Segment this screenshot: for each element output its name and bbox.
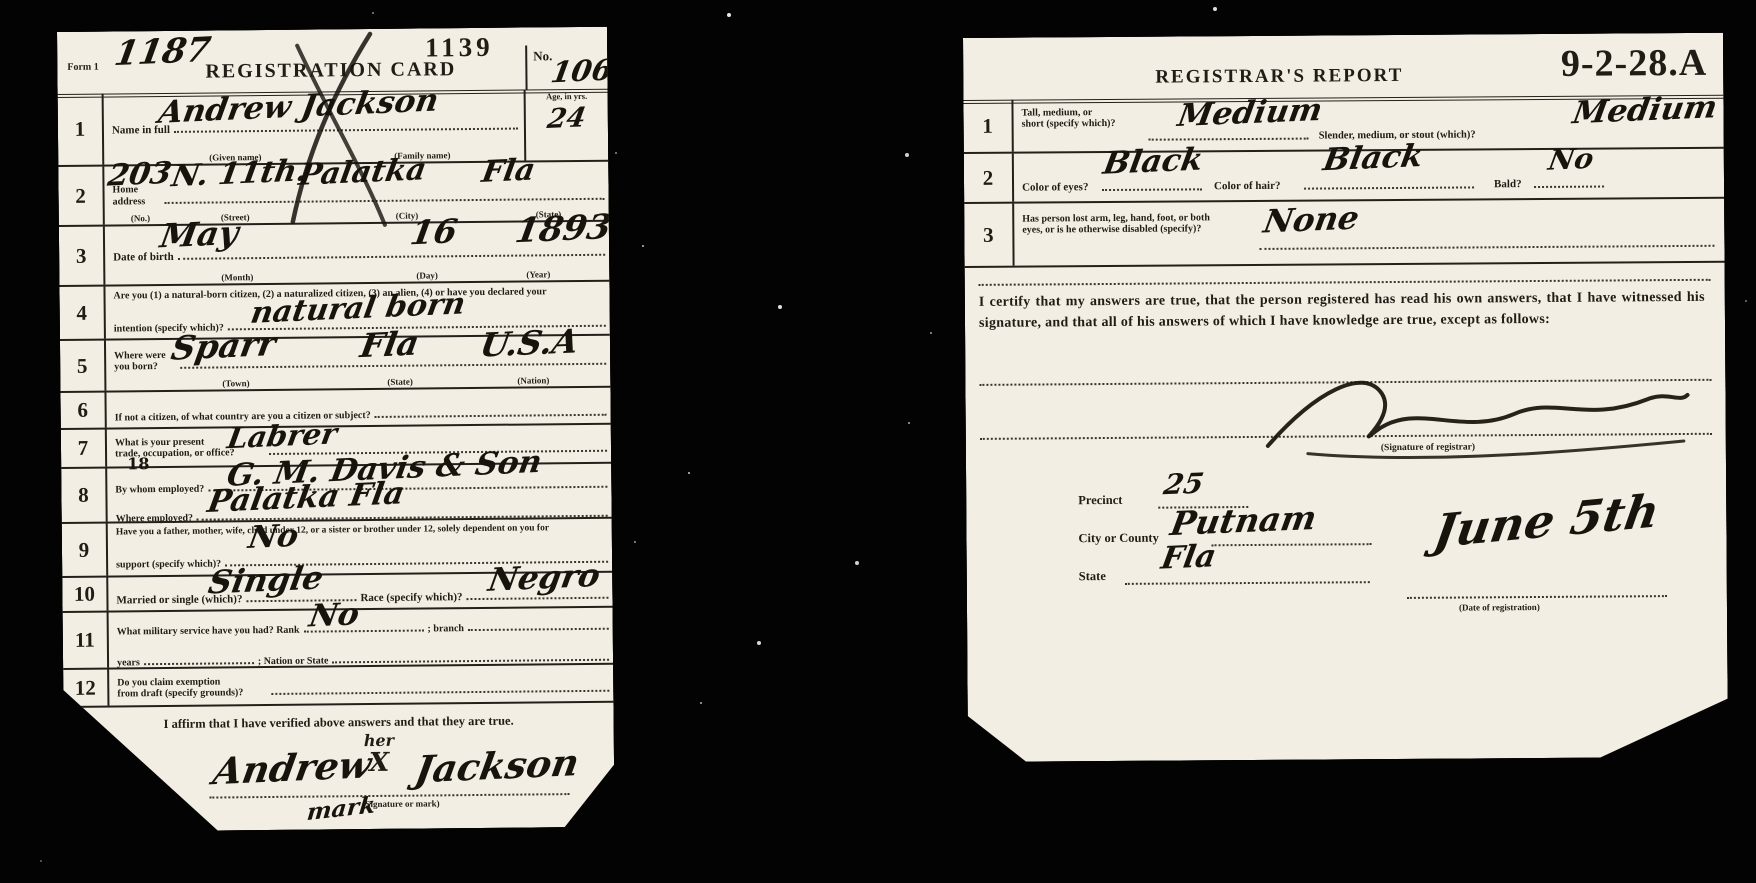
trade-value-handwritten: Labrer xyxy=(225,419,339,453)
address-city-handwritten: Palatka xyxy=(296,155,428,191)
address-street-handwritten: N. 11th. xyxy=(169,156,309,192)
city-or-county-label: City or County xyxy=(1078,531,1158,547)
disability-value-handwritten: None xyxy=(1261,202,1361,238)
eyes-value-handwritten: Black xyxy=(1101,145,1205,180)
town-sublabel: (Town) xyxy=(222,378,249,388)
dotted-line xyxy=(1534,186,1604,188)
dotted-line xyxy=(332,649,609,664)
military-service-label: What military service have you had? Rank xyxy=(117,625,300,638)
dotted-line xyxy=(1259,245,1714,250)
build-value-handwritten: Medium xyxy=(1570,92,1719,129)
month-sublabel: (Month) xyxy=(221,272,253,282)
form-number-label: Form 1 xyxy=(67,62,98,73)
precinct-value-handwritten: 25 xyxy=(1162,470,1206,500)
registration-card: Form 1 1187 1139 REGISTRATION CARD No. 1… xyxy=(57,27,615,832)
born-nation-handwritten: U.S.A xyxy=(478,324,581,361)
birth-month-handwritten: May xyxy=(158,216,241,252)
penciled-note: 18 xyxy=(127,456,149,472)
row-employment: 8 18 By whom employed? Where employed? G… xyxy=(61,464,612,524)
order-number-value: 106 xyxy=(549,56,615,88)
nation-sublabel: (Nation) xyxy=(517,375,549,385)
exception-line-1 xyxy=(979,379,1711,386)
where-born-label-line2: you born? xyxy=(114,361,176,373)
row-number: 10 xyxy=(62,578,108,611)
dependents-value-handwritten: No xyxy=(246,521,301,554)
address-no-handwritten: 203 xyxy=(106,159,174,192)
row-number: 1 xyxy=(963,100,1013,152)
dotted-line xyxy=(1102,188,1202,191)
row-number: 3 xyxy=(59,227,106,285)
row-date-of-birth: 3 Date of birth (Month) (Day) (Year) May… xyxy=(59,222,610,287)
row-number: 2 xyxy=(964,154,1014,202)
dotted-line xyxy=(1212,543,1372,546)
state-label: State xyxy=(1079,569,1106,584)
birth-year-handwritten: 1893 xyxy=(513,210,614,248)
height-label-line2: short (specify which)? xyxy=(1022,118,1116,130)
row-number: 6 xyxy=(60,393,106,428)
signature-line xyxy=(209,793,569,798)
row-exemption: 12 Do you claim exemption from draft (sp… xyxy=(63,665,613,708)
dotted-line xyxy=(468,618,609,631)
mark-word-handwritten: mark xyxy=(306,794,377,825)
signature-area: I affirm that I have verified above answ… xyxy=(63,703,614,832)
date-of-registration-label: (Date of registration) xyxy=(1459,602,1540,613)
nation-or-state-label: ; Nation or State xyxy=(258,655,329,667)
year-sublabel: (Year) xyxy=(526,269,550,279)
state-sublabel: (State) xyxy=(387,377,413,387)
age-value-handwritten: 24 xyxy=(546,104,588,133)
row-disability: 3 Has person lost arm, leg, hand, foot, … xyxy=(964,199,1724,268)
order-number-box: No. 106 xyxy=(525,45,607,90)
registrar-footer: Precinct 25 City or County Putnam State … xyxy=(966,473,1727,658)
row-number: 5 xyxy=(60,341,106,391)
race-value-handwritten: Negro xyxy=(486,559,602,596)
birth-day-handwritten: 16 xyxy=(408,214,460,249)
city-or-county-value-handwritten: Putnam xyxy=(1168,501,1319,540)
row-number: 1 xyxy=(58,94,105,165)
years-label: years xyxy=(117,657,140,668)
eyes-label: Color of eyes? xyxy=(1022,181,1088,193)
dotted-line xyxy=(1149,138,1309,141)
stamp-code: 9-2-28.A xyxy=(1561,41,1708,86)
dotted-line xyxy=(144,652,254,665)
row-number: 11 xyxy=(63,613,110,668)
registration-date-handwritten: June 5th xyxy=(1431,488,1663,555)
military-value-handwritten: No xyxy=(307,599,362,632)
dotted-line xyxy=(1125,581,1370,585)
dependents-question-line2: support (specify which)? xyxy=(116,558,221,570)
signature-of-registrar-label: (Signature of registrar) xyxy=(1381,442,1475,453)
scanned-document-background: Form 1 1187 1139 REGISTRATION CARD No. 1… xyxy=(0,0,1756,883)
order-number-label: No. xyxy=(533,48,552,63)
registrar-signature xyxy=(1255,351,1696,474)
row-number: 7 xyxy=(61,430,107,467)
dotted-line xyxy=(1407,595,1667,599)
serial-number-handwritten: 1187 xyxy=(112,33,213,71)
row-eyes-hair: 2 Color of eyes? Black Color of hair? Bl… xyxy=(964,149,1724,204)
row-number: 3 xyxy=(964,204,1014,266)
race-label: Race (specify which)? xyxy=(360,591,462,604)
bald-value-handwritten: No xyxy=(1546,145,1595,175)
married-value-handwritten: Single xyxy=(206,561,326,598)
registration-card-title: REGISTRATION CARD xyxy=(205,58,456,83)
dotted-line xyxy=(979,279,1711,286)
hair-value-handwritten: Black xyxy=(1321,141,1425,176)
registrar-rows: 1 Tall, medium, or short (specify which)… xyxy=(963,95,1724,292)
day-sublabel: (Day) xyxy=(416,270,438,280)
height-value-handwritten: Medium xyxy=(1175,95,1324,132)
affirmation-text: I affirm that I have verified above answ… xyxy=(64,713,614,733)
dotted-line xyxy=(375,404,607,418)
hair-label: Color of hair? xyxy=(1214,180,1280,192)
no-sublabel: (No.) xyxy=(131,213,150,223)
state-value-handwritten: Fla xyxy=(1159,541,1219,574)
dependents-question-line1: Have you a father, mother, wife, child u… xyxy=(116,523,612,538)
born-state-handwritten: Fla xyxy=(358,327,421,363)
signature-given-handwritten: Andrew xyxy=(210,746,374,790)
row-where-born: 5 Where were you born? (Town) (State) (N… xyxy=(60,336,610,393)
bald-label: Bald? xyxy=(1494,178,1522,190)
row-number: 8 xyxy=(61,469,108,522)
exception-line-2 xyxy=(980,433,1712,440)
certification-text: I certify that my answers are true, that… xyxy=(979,287,1705,334)
address-state-handwritten: Fla xyxy=(480,155,538,187)
dust-speckles xyxy=(0,0,2,2)
precinct-label: Precinct xyxy=(1078,493,1122,508)
age-box: Age, in yrs. 24 xyxy=(524,89,609,161)
registrars-report-title: REGISTRAR'S REPORT xyxy=(1155,65,1403,89)
registration-rows: 1 Name in full (Given name) (Family name… xyxy=(58,89,614,708)
born-town-handwritten: Sparr xyxy=(169,327,278,365)
row-number: 4 xyxy=(59,287,105,339)
age-label: Age, in yrs. xyxy=(526,91,608,102)
dotted-line xyxy=(1304,186,1474,189)
row-military-service: 11 What military service have you had? R… xyxy=(63,608,614,670)
dotted-line xyxy=(271,680,609,695)
branch-label: ; branch xyxy=(427,623,464,634)
employment-place-handwritten: Palatka Fla xyxy=(205,478,406,518)
where-born-label-line1: Where were xyxy=(114,350,176,362)
height-label-line1: Tall, medium, or xyxy=(1021,107,1115,119)
disability-label-line2: eyes, or is he otherwise disabled (speci… xyxy=(1022,223,1210,235)
row-number: 9 xyxy=(62,524,108,576)
row-number: 12 xyxy=(63,670,109,706)
registrars-report-card: REGISTRAR'S REPORT 9-2-28.A 1 Tall, medi… xyxy=(963,33,1728,762)
signature-family-handwritten: Jackson xyxy=(412,744,581,788)
exemption-label-line2: from draft (specify grounds)? xyxy=(117,687,267,699)
by-whom-employed-label: By whom employed? xyxy=(115,484,204,496)
row-number: 2 xyxy=(58,167,105,225)
